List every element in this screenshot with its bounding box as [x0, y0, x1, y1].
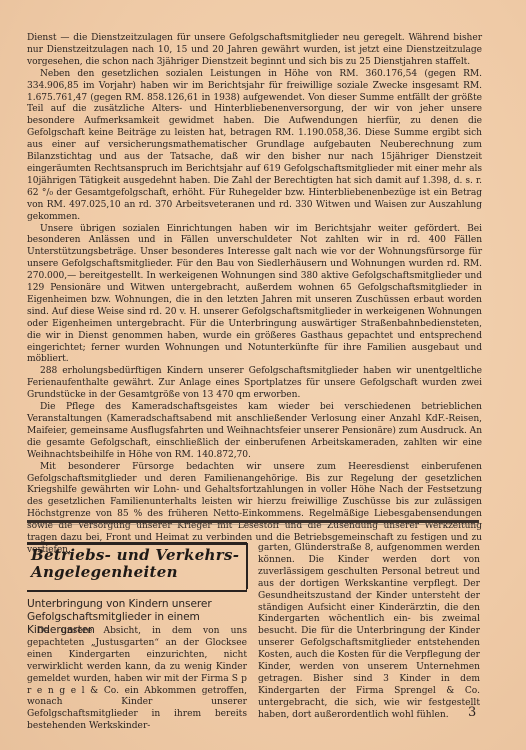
- paragraph: Neben den gesetzlichen sozialen Leistung…: [27, 69, 482, 224]
- right-column: garten, Glünderstraße 8, aufgenommen wer…: [258, 543, 480, 722]
- section-heading-line1: Betriebs- und Verkehrs-: [31, 547, 240, 564]
- left-column: Betriebs- und Verkehrs- Angelegenheiten …: [27, 542, 247, 590]
- paragraph: Unsere übrigen sozialen Einrichtungen ha…: [27, 224, 482, 367]
- paragraph: garten, Glünderstraße 8, aufgenommen wer…: [258, 543, 480, 722]
- paragraph: 288 erholungsbedürftigen Kindern unserer…: [27, 366, 482, 402]
- paragraph: Die Pflege des Kameradschaftsgeistes kam…: [27, 402, 482, 462]
- section-divider: [27, 520, 479, 523]
- section-heading-box: Betriebs- und Verkehrs- Angelegenheiten: [27, 542, 247, 590]
- section-divider-shadow: [27, 524, 479, 525]
- paragraph: Dienst — die Dienstzeitzulagen für unser…: [27, 33, 482, 69]
- paragraph: Da unsere Absicht, in dem von uns gepach…: [27, 626, 247, 733]
- section-heading-line2: Angelegenheiten: [31, 564, 240, 581]
- page-number: 3: [468, 705, 476, 720]
- document-page: Dienst — die Dienstzeitzulagen für unser…: [0, 0, 526, 750]
- article-body-left: Da unsere Absicht, in dem von uns gepach…: [27, 626, 247, 733]
- top-text-block: Dienst — die Dienstzeitzulagen für unser…: [27, 33, 482, 557]
- heading-box-bottom-border: [27, 590, 247, 592]
